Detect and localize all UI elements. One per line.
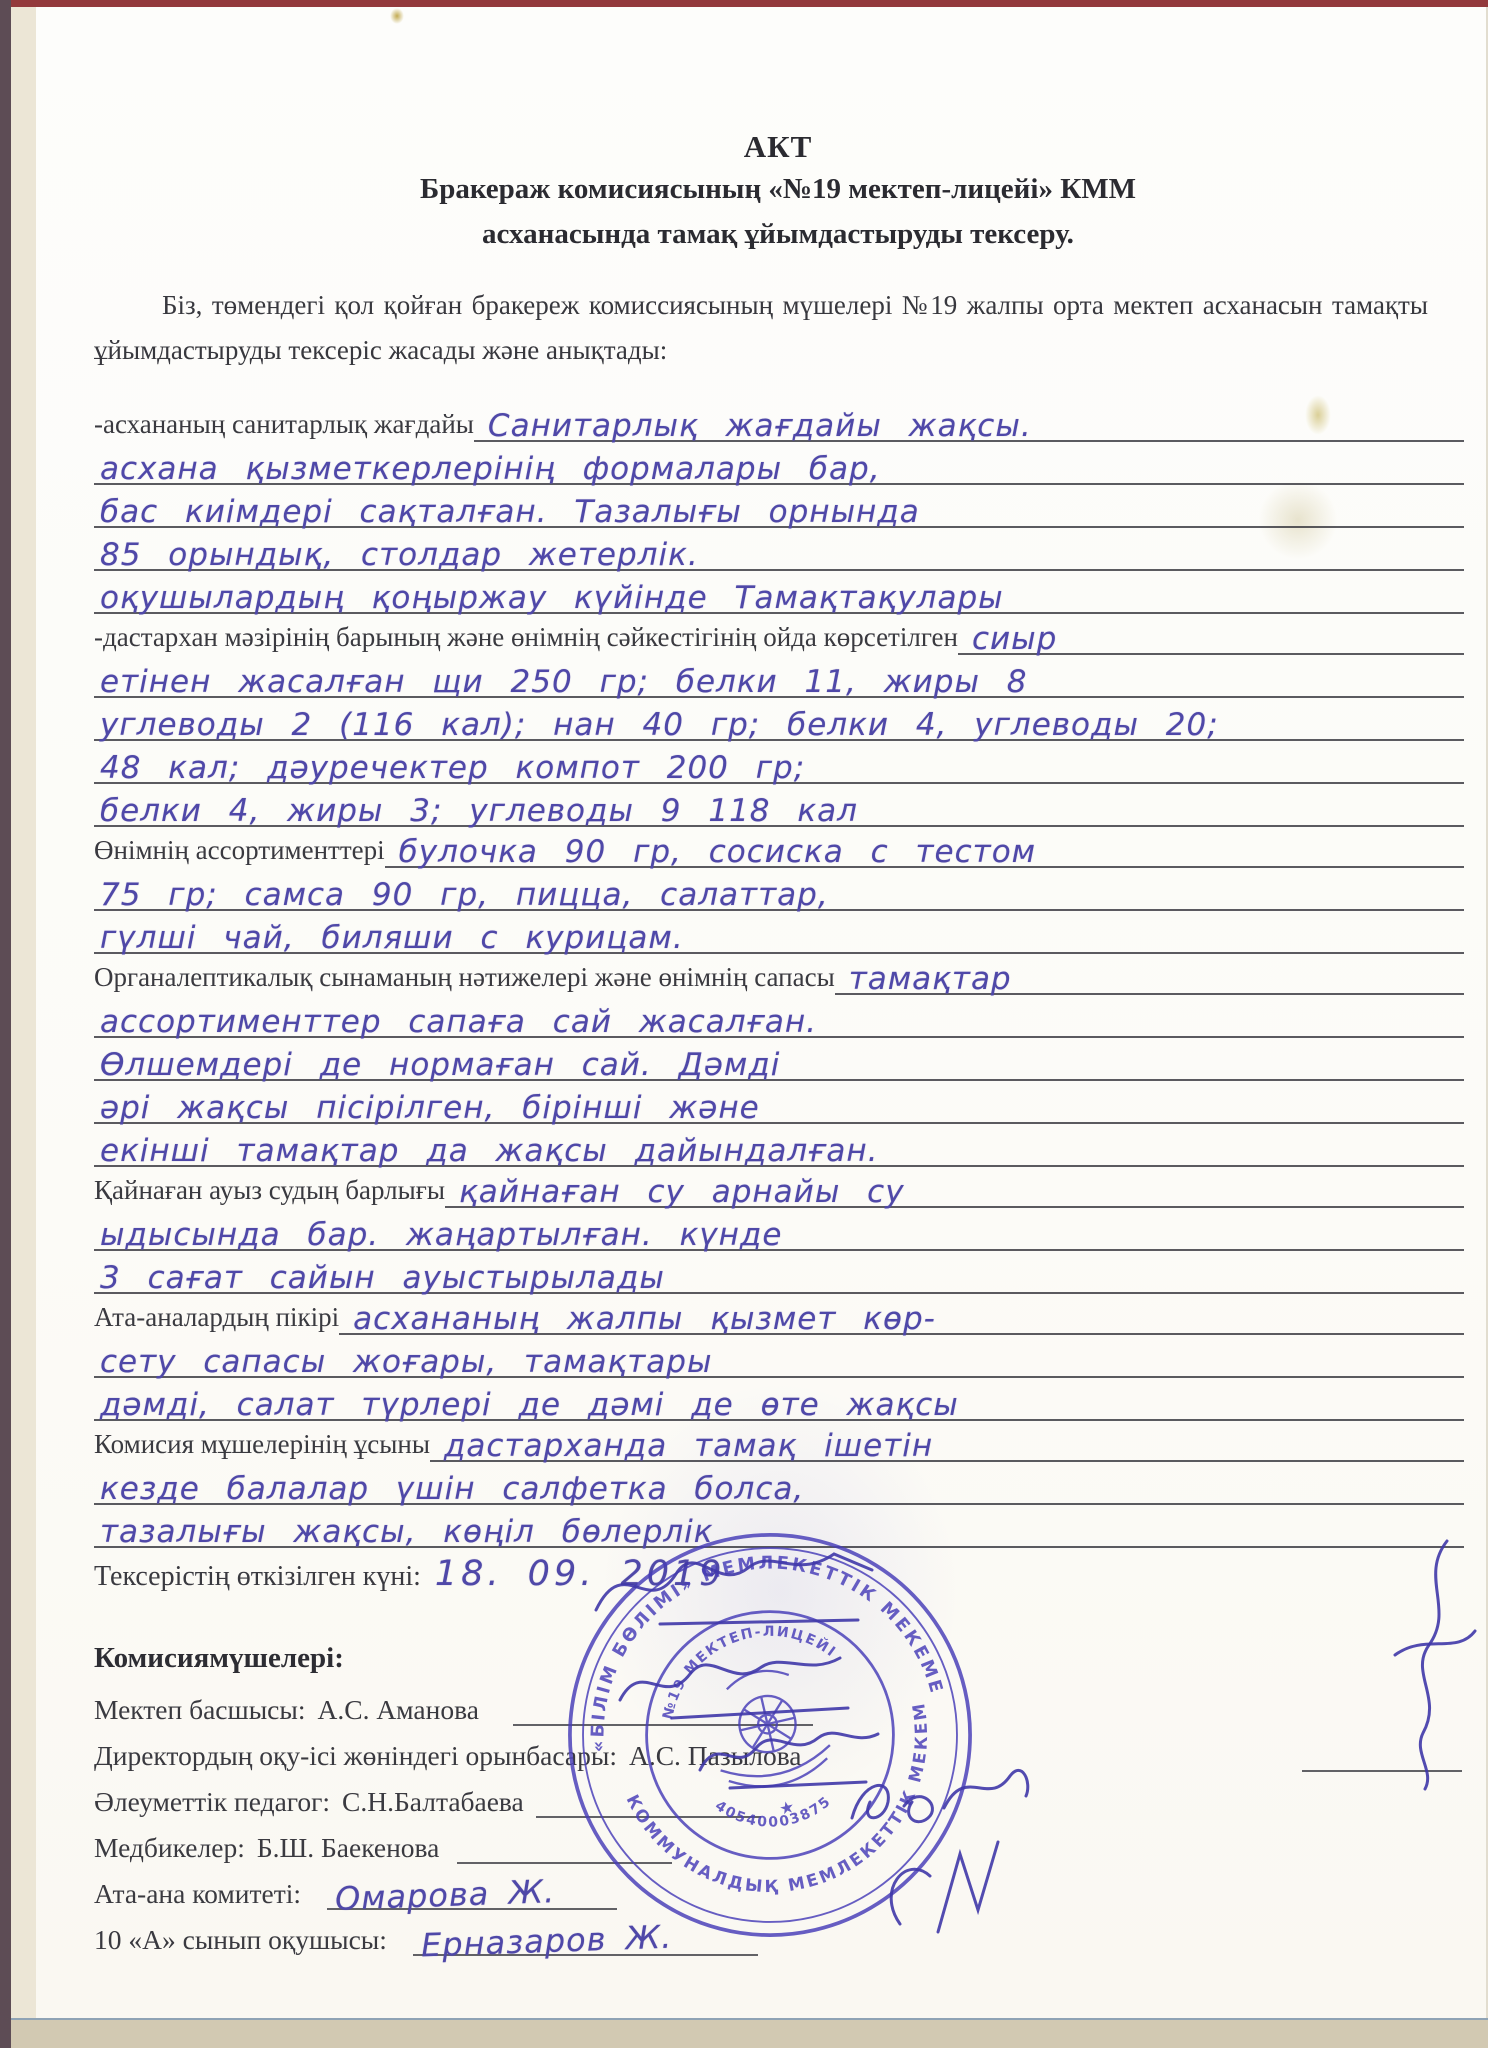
- member-name: А.С. Аманова: [318, 1694, 479, 1726]
- handwriting-line: асхана қызметкерлерінің формалары бар,: [100, 451, 881, 487]
- handwriting-line: булочка 90 гр, сосиска с тестом: [399, 834, 1036, 870]
- field-organoleptic-results: Органалептикалық сынаманың нәтижелері жә…: [94, 954, 1464, 1167]
- handwriting-line: гүлші чай, биляши с курицам.: [100, 920, 684, 956]
- field-sanitary-state: -асхананың санитарлық жағдайыСанитарлық …: [94, 401, 1464, 614]
- intro-paragraph: Біз, төмендегі қол қойған бракереж комис…: [94, 283, 1428, 373]
- field-label: Өнімнің ассортименттері: [94, 833, 385, 868]
- scan-edge-left: [0, 0, 11, 2048]
- ruled-line: етінен жасалған щи 250 гр; белки 11, жир…: [94, 655, 1464, 698]
- member-name: А.С. Пазылова: [629, 1740, 802, 1772]
- handwriting-line: тамақтар: [849, 961, 1012, 997]
- member-row: Әлеуметтік педагог: С.Н.Балтабаева: [94, 1772, 1462, 1818]
- field-parents-opinion: Ата-аналардың пікіріасхананың жалпы қызм…: [94, 1294, 1464, 1421]
- scan-edge-bottom: [11, 2018, 1488, 2048]
- ruled-line: ассортименттер сапаға сай жасалған.: [94, 995, 1464, 1038]
- ruled-line: оқушылардың қоңыржау күйінде Тамақтақула…: [94, 571, 1464, 614]
- handwriting-line: углеводы 2 (116 кал); нан 40 гр; белки 4…: [100, 707, 1219, 743]
- signature-line: Ерназаров Ж.: [413, 1914, 758, 1956]
- ruled-line: әрі жақсы пісірілген, бірінші және: [94, 1081, 1464, 1124]
- signature-line: Омарова Ж.: [327, 1868, 617, 1910]
- member-row: Ата-ана комитеті: Омарова Ж.: [94, 1864, 1462, 1910]
- page-subtitle-1: Бракераж комисиясының «№19 мектеп-лицейі…: [94, 167, 1462, 212]
- signature-line: [536, 1776, 761, 1818]
- member-role: Ата-ана комитеті:: [94, 1878, 301, 1910]
- handwriting-line: дәмді, салат түрлері де дәмі де өте жақс…: [100, 1387, 959, 1423]
- handwriting-line: 3 сағат сайын ауыстырылады: [100, 1260, 665, 1296]
- field-label: Қайнаған ауыз судың барлығы: [94, 1173, 445, 1208]
- handwriting-line: ассортименттер сапаға сай жасалған.: [100, 1004, 817, 1040]
- inspection-date-value: 18. 09. 2019: [435, 1554, 726, 1594]
- ruled-line: углеводы 2 (116 кал); нан 40 гр; белки 4…: [94, 698, 1464, 741]
- inspection-date-label: Тексерістің өткізілген күні:: [94, 1561, 421, 1593]
- ruled-line: асхана қызметкерлерінің формалары бар,: [94, 442, 1464, 485]
- document-body: АКТ Бракераж комисиясының «№19 мектеп-ли…: [36, 7, 1484, 1956]
- ruled-line: 85 орындық, столдар жетерлік.: [94, 528, 1464, 571]
- ruled-line: 48 кал; дәуречектер компот 200 гр;: [94, 741, 1464, 784]
- field-product-assortment: Өнімнің ассортименттерібулочка 90 гр, со…: [94, 827, 1464, 954]
- ruled-line: екінші тамақтар да жақсы дайындалған.: [94, 1124, 1464, 1167]
- signature-line: [457, 1822, 672, 1864]
- handwriting-line: қайнаған су арнайы су: [459, 1174, 905, 1210]
- handwriting-line: тазалығы жақсы, көңіл бөлерлік: [100, 1514, 714, 1550]
- handwriting-line: оқушылардың қоңыржау күйінде Тамақтақула…: [100, 580, 1004, 616]
- ruled-line: Өлшемдері де нормаған сай. Дәмді: [94, 1038, 1464, 1081]
- handwriting-line: әрі жақсы пісірілген, бірінші және: [100, 1090, 760, 1126]
- member-role: Медбикелер:: [94, 1832, 245, 1864]
- ruled-line: дәмді, салат түрлері де дәмі де өте жақс…: [94, 1378, 1464, 1421]
- commission-members: Комисиямүшелері: Мектеп басшысы: А.С. Ам…: [94, 1636, 1462, 1956]
- member-role: Мектеп басшысы:: [94, 1694, 306, 1726]
- handwriting-line: асхананың жалпы қызмет көр-: [353, 1301, 936, 1337]
- field-boiled-water: Қайнаған ауыз судың барлығықайнаған су а…: [94, 1167, 1464, 1294]
- field-label: -асхананың санитарлық жағдайы: [94, 407, 474, 442]
- ruled-line: тазалығы жақсы, көңіл бөлерлік: [94, 1505, 1464, 1548]
- ruled-line: 75 гр; самса 90 гр, пицца, салаттар,: [94, 868, 1464, 911]
- member-row: Мектеп басшысы: А.С. Аманова: [94, 1680, 1462, 1726]
- ruled-line: тамақтар: [835, 952, 1464, 995]
- signature-line: [1302, 1730, 1462, 1772]
- ruled-line: ыдысында бар. жаңартылған. күнде: [94, 1208, 1464, 1251]
- ruled-line: бас киімдері сақталған. Тазалығы орнында: [94, 485, 1464, 528]
- field-label: -дастархан мәзірінің барының және өнімні…: [94, 620, 958, 655]
- ruled-line: Санитарлық жағдайы жақсы.: [474, 399, 1464, 442]
- scan-edge-top: [0, 0, 1488, 7]
- member-role: Директордың оқу-ісі жөніндегі орынбасары…: [94, 1740, 617, 1772]
- ruled-line: булочка 90 гр, сосиска с тестом: [385, 825, 1464, 868]
- ruled-line: асхананың жалпы қызмет көр-: [339, 1292, 1464, 1335]
- field-label: Комисия мұшелерінің ұсыны: [94, 1427, 430, 1462]
- handwriting-line: сиыр: [972, 621, 1057, 657]
- handwriting-line: 75 гр; самса 90 гр, пицца, салаттар,: [100, 877, 829, 913]
- handwriting-line: Санитарлық жағдайы жақсы.: [488, 408, 1032, 444]
- handwriting-line: екінші тамақтар да жақсы дайындалған.: [100, 1133, 879, 1169]
- inspection-date-row: Тексерістің өткізілген күні: 18. 09. 201…: [94, 1554, 1462, 1610]
- ruled-line: қайнаған су арнайы су: [445, 1165, 1464, 1208]
- handwriting-line: етінен жасалған щи 250 гр; белки 11, жир…: [100, 664, 1028, 700]
- page-title: АКТ: [94, 127, 1462, 167]
- ruled-line: белки 4, жиры 3; углеводы 9 118 кал: [94, 784, 1464, 827]
- member-handwritten-name: Омарова Ж.: [334, 1872, 555, 1918]
- field-menu-conformity: -дастархан мәзірінің барының және өнімні…: [94, 614, 1464, 827]
- handwriting-line: сету сапасы жоғары, тамақтары: [100, 1344, 712, 1380]
- signature-line: [513, 1684, 813, 1726]
- handwriting-line: дастарханда тамақ ішетін: [444, 1428, 933, 1464]
- member-role: 10 «А» сынып оқушысы:: [94, 1924, 387, 1956]
- ruled-line: дастарханда тамақ ішетін: [430, 1419, 1464, 1462]
- ruled-line: гүлші чай, биляши с курицам.: [94, 911, 1464, 954]
- form-fields: -асхананың санитарлық жағдайыСанитарлық …: [94, 401, 1464, 1548]
- member-role: Әлеуметтік педагог:: [94, 1786, 330, 1818]
- handwriting-line: бас киімдері сақталған. Тазалығы орнында: [100, 494, 920, 530]
- handwriting-line: Өлшемдері де нормаған сай. Дәмді: [100, 1047, 780, 1083]
- field-label: Ата-аналардың пікірі: [94, 1300, 339, 1335]
- member-row: 10 «А» сынып оқушысы: Ерназаров Ж.: [94, 1910, 1462, 1956]
- ruled-line: 3 сағат сайын ауыстырылады: [94, 1251, 1464, 1294]
- member-row: Директордың оқу-ісі жөніндегі орынбасары…: [94, 1726, 1462, 1772]
- document-title-block: АКТ Бракераж комисиясының «№19 мектеп-ли…: [94, 127, 1462, 257]
- handwriting-line: ыдысында бар. жаңартылған. күнде: [100, 1217, 782, 1253]
- scan-edge-left-inner: [11, 0, 36, 2048]
- handwriting-line: белки 4, жиры 3; углеводы 9 118 кал: [100, 793, 858, 829]
- member-name: Б.Ш. Баекенова: [257, 1832, 440, 1864]
- ruled-line: кезде балалар үшін салфетка болса,: [94, 1462, 1464, 1505]
- member-name: С.Н.Балтабаева: [342, 1786, 524, 1818]
- handwriting-line: кезде балалар үшін салфетка болса,: [100, 1471, 804, 1507]
- handwriting-line: 85 орындық, столдар жетерлік.: [100, 537, 699, 573]
- field-label: Органалептикалық сынаманың нәтижелері жә…: [94, 960, 835, 995]
- page-subtitle-2: асханасында тамақ ұйымдастыруды тексеру.: [94, 212, 1462, 257]
- field-commission-proposal: Комисия мұшелерінің ұсыныдастарханда там…: [94, 1421, 1464, 1548]
- ruled-line: сиыр: [958, 612, 1464, 655]
- handwriting-line: 48 кал; дәуречектер компот 200 гр;: [100, 750, 805, 786]
- ruled-line: сету сапасы жоғары, тамақтары: [94, 1335, 1464, 1378]
- member-row: Медбикелер: Б.Ш. Баекенова: [94, 1818, 1462, 1864]
- members-heading: Комисиямүшелері:: [94, 1636, 1462, 1680]
